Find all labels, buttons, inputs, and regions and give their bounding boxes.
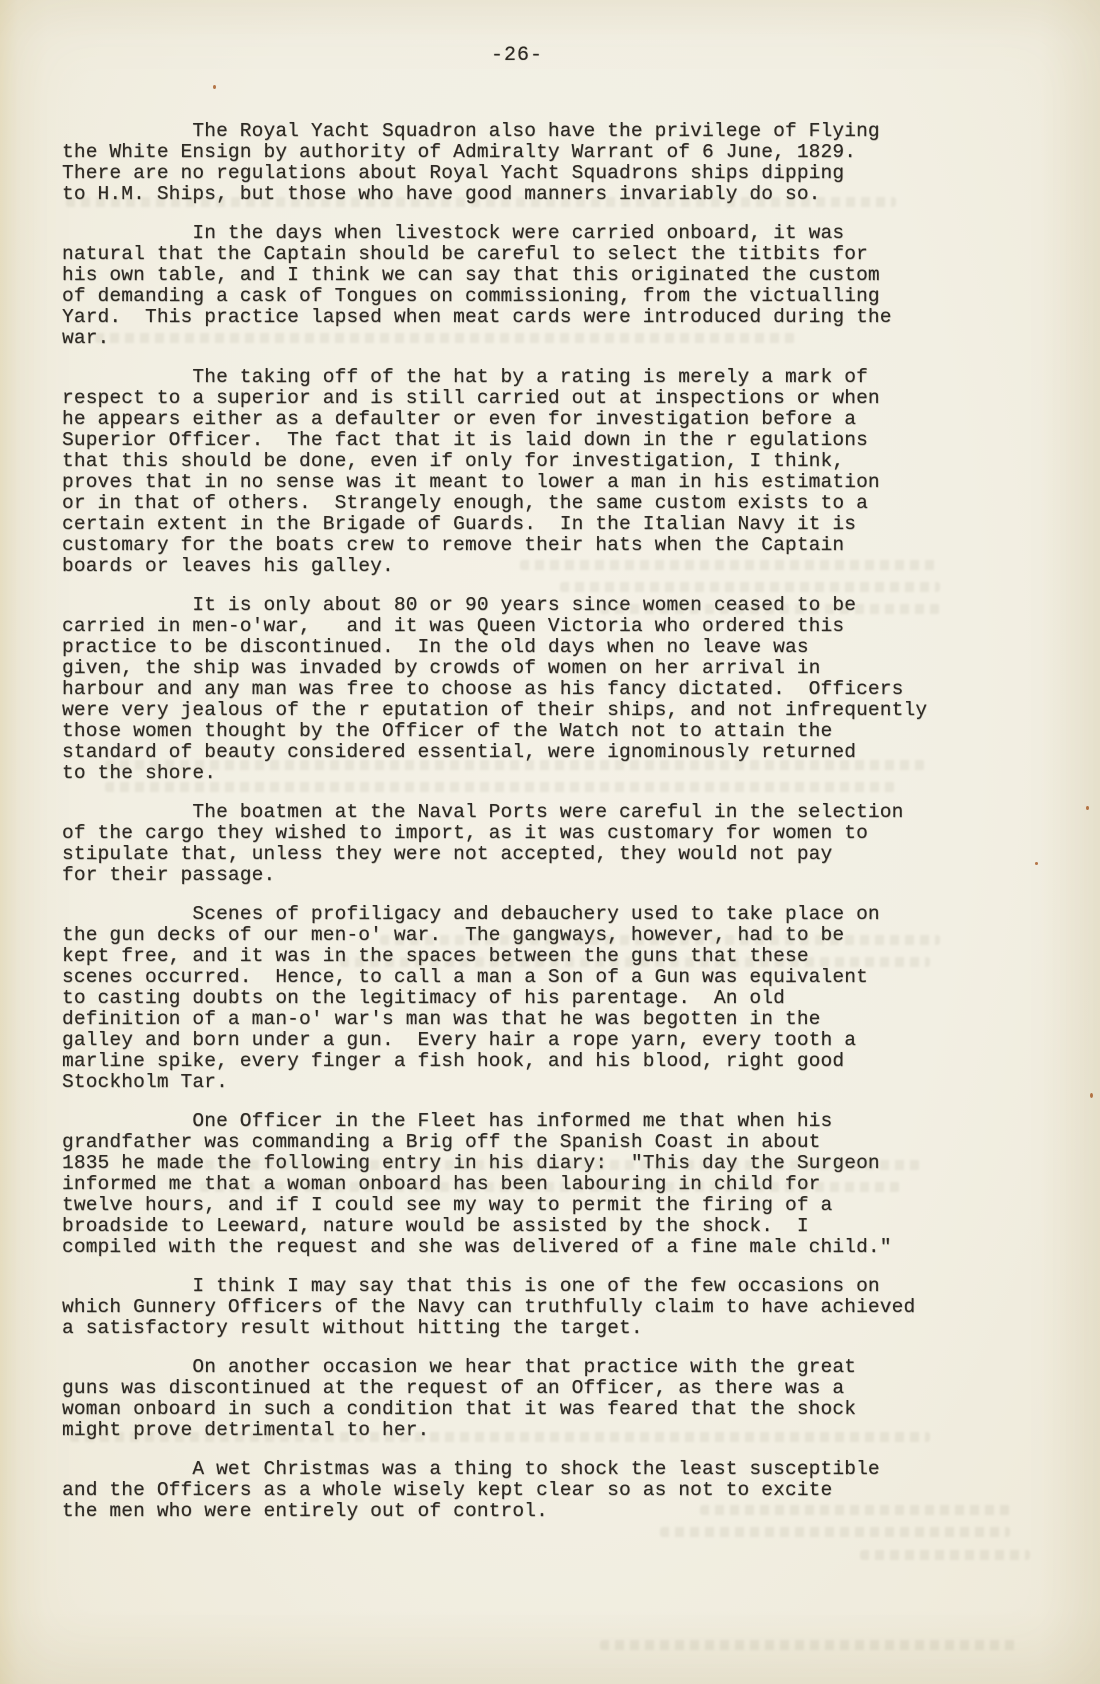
bleedthrough-smudge [600,1640,1020,1650]
ink-speck [1086,806,1089,810]
paragraph: The taking off of the hat by a rating is… [62,367,927,577]
paragraph: A wet Christmas was a thing to shock the… [62,1459,927,1522]
paragraph: One Officer in the Fleet has informed me… [62,1111,927,1258]
ink-speck [1090,1093,1093,1098]
ink-speck [213,85,216,89]
page-number: -26- [62,44,972,67]
paragraph: It is only about 80 or 90 years since wo… [62,595,927,784]
ink-speck [1035,862,1038,865]
paragraph: The boatmen at the Naval Ports were care… [62,802,927,886]
bleedthrough-smudge [860,1550,1030,1560]
scanned-document-page: -26- The Royal Yacht Squadron also have … [0,0,1100,1684]
paragraph: In the days when livestock were carried … [62,223,927,349]
paragraph: On another occasion we hear that practic… [62,1357,927,1441]
paragraph: The Royal Yacht Squadron also have the p… [62,121,927,205]
page-body: The Royal Yacht Squadron also have the p… [62,121,927,1540]
paragraph: Scenes of profiligacy and debauchery use… [62,904,927,1093]
paragraph: I think I may say that this is one of th… [62,1276,927,1339]
